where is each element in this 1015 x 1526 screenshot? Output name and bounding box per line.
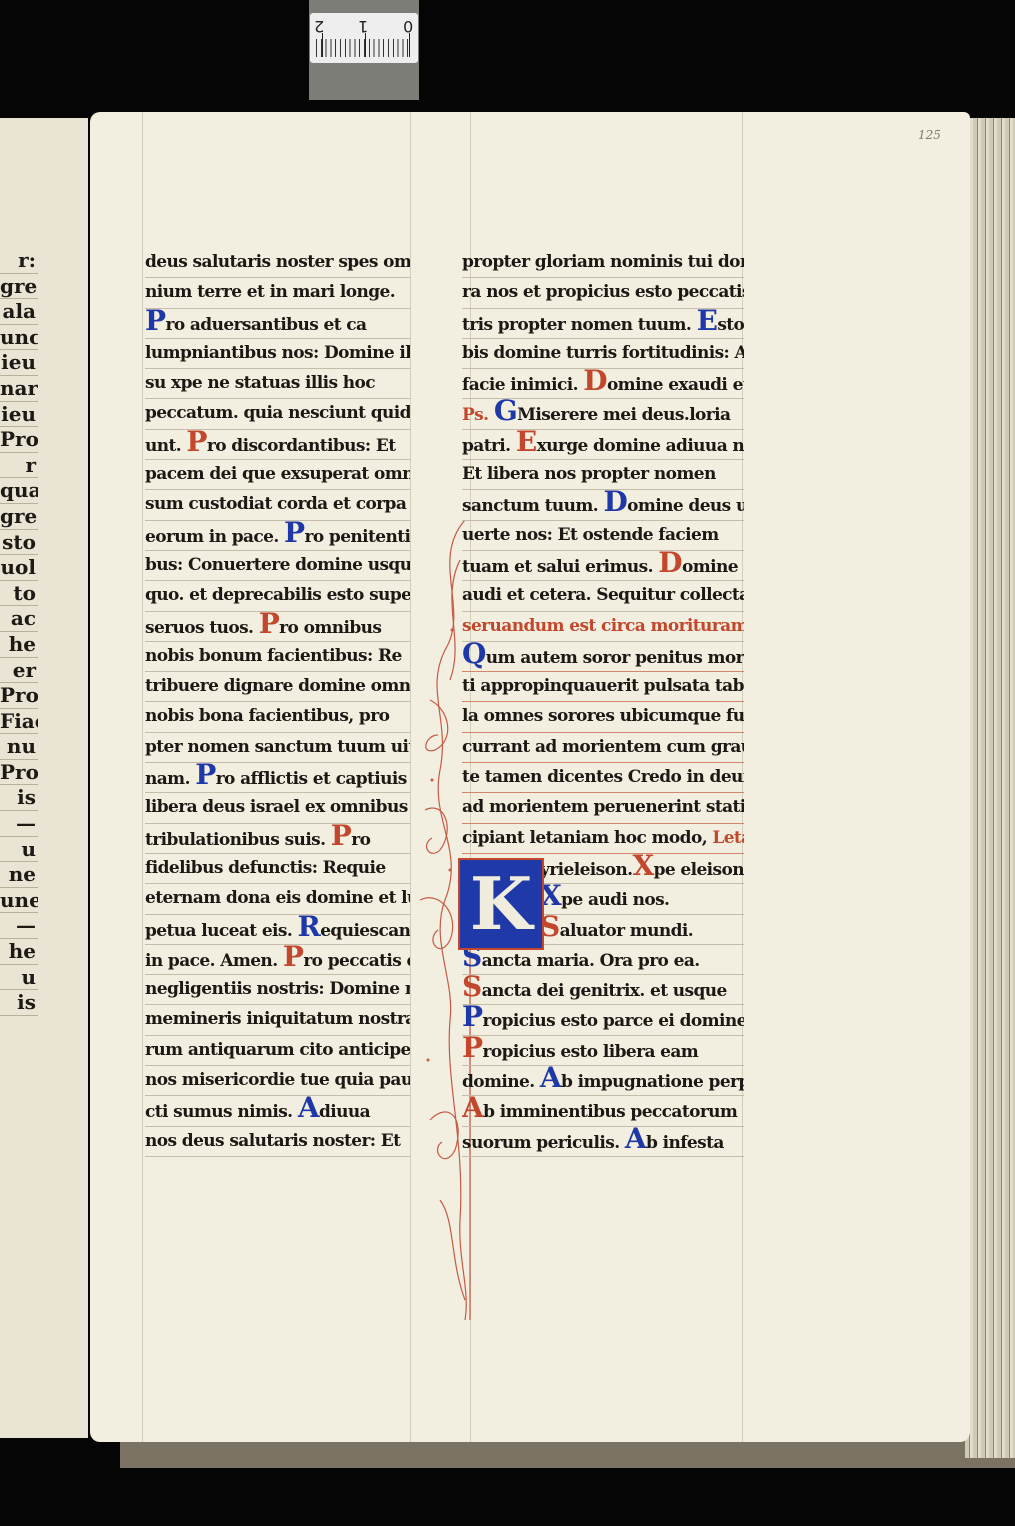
line-text: ro aduersantibus et ca	[165, 315, 366, 335]
text-line: nobis bona facientibus, pro	[145, 702, 410, 732]
line-prefix: tribulationibus suis.	[145, 830, 325, 850]
text-line: nam. Pro afflictis et captiuis	[145, 763, 410, 793]
line-text: b infesta	[646, 1133, 724, 1153]
left-page-fragment-line: qua	[0, 478, 38, 504]
text-line: Pro aduersantibus et ca	[145, 309, 410, 339]
line-text: fidelibus defunctis: Requie	[145, 858, 386, 878]
line-text: Et libera nos propter nomen	[462, 464, 716, 484]
decorated-initial: P	[259, 612, 279, 640]
line-text: bus: Conuertere domine usque	[145, 555, 410, 575]
left-page-fragment-line: uol	[0, 555, 38, 581]
text-line: tris propter nomen tuum. Esto no	[462, 309, 744, 339]
text-line: ti appropinquauerit pulsata tabu	[462, 672, 744, 702]
text-line: Propicius esto parce ei domine	[462, 1005, 744, 1035]
text-line: patri. Exurge domine adiuua nos:	[462, 430, 744, 460]
line-text: bis domine turris fortitudinis: A	[462, 343, 744, 363]
text-line: Propicius esto libera eam	[462, 1036, 744, 1066]
text-line: facie inimici. Domine exaudi et	[462, 369, 744, 399]
line-text: pacem dei que exsuperat omnem sen	[145, 464, 410, 484]
scale-ticks	[316, 39, 412, 57]
left-page-fragment-line: ieu	[0, 350, 38, 376]
left-page-fragment-line: u	[0, 965, 38, 991]
text-line: seruandum est circa morituram	[462, 612, 744, 642]
text-line: pacem dei que exsuperat omnem sen	[145, 460, 410, 490]
left-page-fragment-line: gre	[0, 274, 38, 300]
text-line: ad morientem peruenerint statim in	[462, 793, 744, 823]
left-page-fragment-line: ieu	[0, 402, 38, 428]
line-text: la omnes sorores ubicumque fuerint ac	[462, 706, 744, 726]
line-text: ti appropinquauerit pulsata tabu	[462, 676, 744, 696]
text-line: memineris iniquitatum nostra	[145, 1005, 410, 1035]
line-prefix: nam.	[145, 769, 190, 789]
left-page-fragment-line: une	[0, 888, 38, 914]
decorated-initial: E	[516, 430, 537, 458]
line-text: audi et cetera. Sequitur collecta.	[462, 585, 744, 605]
text-line: propter gloriam nominis tui domine libe	[462, 248, 744, 278]
line-text: memineris iniquitatum nostra	[145, 1009, 410, 1029]
folio-number: 125	[918, 128, 941, 142]
line-text: sto no	[717, 315, 744, 335]
line-text: nos misericordie tue quia pauperes fa	[145, 1070, 410, 1090]
text-line: eorum in pace. Pro penitenti	[145, 521, 410, 551]
left-page-fragment-line: r te	[0, 453, 38, 479]
text-line: suorum periculis. Ab infesta	[462, 1127, 744, 1157]
decorated-initial: P	[145, 309, 165, 337]
text-line: nobis bonum facientibus: Re	[145, 642, 410, 672]
left-page-fragment: r: degrealauncieunarieuPror tequagrestou…	[0, 118, 88, 1438]
line-text: ra nos et propicius esto peccatis nos	[462, 282, 744, 302]
text-line: te tamen dicentes Credo in deum. Et cum	[462, 763, 744, 793]
line-prefix: domine.	[462, 1072, 535, 1092]
text-line: deus salutaris noster spes omnium fi	[145, 248, 410, 278]
line-prefix: eorum in pace.	[145, 527, 279, 547]
decorated-initial: Q	[462, 642, 486, 670]
line-text: nium terre et in mari longe.	[145, 282, 395, 302]
line-text: nos deus salutaris noster: Et	[145, 1131, 400, 1151]
scale-bar-ruler: 2 1 0	[310, 13, 418, 63]
line-text: pter nomen sanctum tuum uitam eter	[145, 737, 410, 757]
line-text: negligentiis nostris: Domine ne	[145, 979, 410, 999]
text-line: unt. Pro discordantibus: Et	[145, 430, 410, 460]
decorated-initial: A	[540, 1066, 561, 1094]
line-text: ro afflictis et captiuis	[216, 769, 407, 789]
line-text: propter gloriam nominis tui domine libe	[462, 252, 744, 272]
left-page-fragment-line: Pro	[0, 683, 38, 709]
text-line: tuam et salui erimus. Domine ex	[462, 551, 744, 581]
text-line: Et libera nos propter nomen	[462, 460, 744, 490]
left-page-fragment-line: Fiac	[0, 709, 38, 735]
line-text: ancta maria. Ora pro ea.	[482, 951, 700, 971]
text-line: libera deus israel ex omnibus	[145, 793, 410, 823]
left-page-fragment-line: —	[0, 913, 38, 939]
line-text: lumpniantibus nos: Domine ihe	[145, 343, 410, 363]
line-prefix: sanctum tuum.	[462, 496, 598, 516]
left-page-fragment-line: gre	[0, 504, 38, 530]
decorated-initial: G	[494, 399, 517, 427]
left-page-fragment-line: is	[0, 785, 38, 811]
decorated-initial: D	[658, 551, 682, 579]
decorated-initial: A	[462, 1096, 483, 1124]
left-page-fragment-line: unc	[0, 325, 38, 351]
line-text: su xpe ne statuas illis hoc	[145, 373, 375, 393]
decorated-initial: P	[283, 945, 303, 973]
scale-major-tick	[365, 33, 366, 57]
text-line: Ps. GMiserere mei deus.loria	[462, 399, 744, 429]
left-page-fragment-line: sto	[0, 530, 38, 556]
text-line: petua luceat eis. Requiescant	[145, 915, 410, 945]
line-text: uerte nos: Et ostende faciem	[462, 525, 719, 545]
text-line: lumpniantibus nos: Domine ihe	[145, 339, 410, 369]
line-text: pe eleison.	[654, 860, 744, 880]
text-line: audi et cetera. Sequitur collecta. Ob	[462, 581, 744, 611]
line-text: seruandum est circa morituram	[462, 616, 744, 636]
text-line: nos deus salutaris noster: Et	[145, 1127, 410, 1157]
line-text: omine deus uirtutum con	[627, 496, 744, 516]
decorated-initial: A	[298, 1096, 319, 1124]
left-page-fragment-line: ala	[0, 299, 38, 325]
text-line: tribuere dignare domine omnibus	[145, 672, 410, 702]
decorated-initial: P	[284, 521, 304, 549]
line-prefix: cti sumus nimis.	[145, 1102, 293, 1122]
line-text: ancta dei genitrix. et usque	[482, 981, 727, 1001]
page-edges-stack	[965, 118, 1015, 1458]
scale-major-tick	[322, 33, 323, 57]
text-line: Qum autem soror penitus mor	[462, 642, 744, 672]
text-line: uerte nos: Et ostende faciem	[462, 521, 744, 551]
line-text: aluator mundi.	[560, 921, 694, 941]
line-text: b impugnatione perpetua.	[561, 1072, 744, 1092]
line-prefix: seruos tuos.	[145, 618, 253, 638]
text-line: sanctum tuum. Domine deus uirtutum con	[462, 490, 744, 520]
left-page-fragment-line: is	[0, 990, 38, 1016]
text-line: fidelibus defunctis: Requie	[145, 854, 410, 884]
line-prefix: facie inimici.	[462, 375, 578, 395]
line-text: ro peccatis et	[303, 951, 410, 971]
left-page-fragment-line: ne	[0, 862, 38, 888]
left-page-fragment-line: ac	[0, 606, 38, 632]
decorated-initial: P	[331, 824, 351, 852]
book-lower-edge	[120, 1438, 1015, 1468]
text-line: domine. Ab impugnatione perpetua.	[462, 1066, 744, 1096]
decorated-initial: S	[462, 975, 482, 1003]
line-text: te tamen dicentes Credo in deum. Et cum	[462, 767, 744, 787]
line-text: yrieleison.	[540, 860, 632, 880]
line-text: ro omnibus	[279, 618, 381, 638]
decorated-initial: X	[632, 854, 653, 882]
rubric-text: Letanie	[712, 828, 744, 848]
line-text: diuua	[319, 1102, 370, 1122]
text-line: in pace. Amen. Pro peccatis et	[145, 945, 410, 975]
left-page-fragment-line: Pro	[0, 427, 38, 453]
left-text-column: deus salutaris noster spes omnium finium…	[145, 248, 410, 1157]
line-prefix: unt.	[145, 436, 181, 456]
text-line: nos misericordie tue quia pauperes fa	[145, 1066, 410, 1096]
left-page-fragment-line: he	[0, 939, 38, 965]
line-text: um autem soror penitus mor	[486, 648, 744, 668]
text-line: seruos tuos. Pro omnibus	[145, 612, 410, 642]
scale-major-tick	[409, 33, 410, 57]
text-line: cipiant letaniam hoc modo, Letanie	[462, 824, 744, 854]
decorated-initial: P	[195, 763, 215, 791]
line-prefix: tuam et salui erimus.	[462, 557, 653, 577]
decorated-initial: P	[186, 430, 206, 458]
line-text: b imminentibus peccatorum	[483, 1102, 737, 1122]
left-page-text-fragments: r: degrealauncieunarieuPror tequagrestou…	[0, 248, 38, 1016]
line-text: Miserere mei deus.	[517, 405, 689, 425]
text-line: bis domine turris fortitudinis: A	[462, 339, 744, 369]
text-line: ra nos et propicius esto peccatis nos	[462, 278, 744, 308]
left-page-fragment-line: r: de	[0, 248, 38, 274]
line-text: ro discordantibus: Et	[207, 436, 396, 456]
text-line: Ab imminentibus peccatorum	[462, 1096, 744, 1126]
text-line: su xpe ne statuas illis hoc	[145, 369, 410, 399]
right-text-column: propter gloriam nominis tui domine liber…	[462, 248, 744, 1157]
illuminated-initial-k: K	[458, 858, 544, 950]
decorated-initial: P	[462, 1036, 482, 1064]
left-page-fragment-line: nar	[0, 376, 38, 402]
line-prefix: in pace. Amen.	[145, 951, 278, 971]
line-text: omine exaudi et	[607, 375, 744, 395]
line-text: ropicius esto parce ei domine	[482, 1011, 744, 1031]
line-prefix: tris propter nomen tuum.	[462, 315, 691, 335]
decorated-initial: R	[298, 915, 321, 943]
text-line: cti sumus nimis. Adiuua	[145, 1096, 410, 1126]
line-text: sum custodiat corda et corpa	[145, 494, 406, 514]
text-line: negligentiis nostris: Domine ne	[145, 975, 410, 1005]
text-line: peccatum. quia nesciunt quid faci	[145, 399, 410, 429]
left-page-fragment-line: Pro	[0, 760, 38, 786]
line-text: deus salutaris noster spes omnium fi	[145, 252, 410, 272]
line-text: cipiant letaniam hoc modo,	[462, 828, 707, 848]
line-suffix: loria	[689, 405, 730, 425]
decorated-initial: A	[625, 1127, 646, 1155]
line-text: ro penitenti	[305, 527, 411, 547]
scale-label-1: 1	[358, 17, 368, 36]
decorated-initial: P	[462, 1005, 482, 1033]
line-text: pe audi nos.	[561, 890, 669, 910]
line-text: eternam dona eis domine et lux per	[145, 888, 410, 908]
text-line: pter nomen sanctum tuum uitam eter	[145, 733, 410, 763]
text-line: bus: Conuertere domine usque	[145, 551, 410, 581]
text-line: currant ad morientem cum grauita	[462, 733, 744, 763]
line-text: tribuere dignare domine omnibus	[145, 676, 410, 696]
text-line: quo. et deprecabilis esto super	[145, 581, 410, 611]
line-text: ro	[351, 830, 370, 850]
line-text: xurge domine adiuua nos:	[537, 436, 744, 456]
line-prefix: petua luceat eis.	[145, 921, 292, 941]
left-page-fragment-line: er	[0, 658, 38, 684]
text-line: Sancta dei genitrix. et usque	[462, 975, 744, 1005]
line-text: peccatum. quia nesciunt quid faci	[145, 403, 410, 423]
text-line: eternam dona eis domine et lux per	[145, 884, 410, 914]
line-prefix: Ps.	[462, 405, 488, 425]
line-text: ropicius esto libera eam	[482, 1042, 698, 1062]
line-prefix: patri.	[462, 436, 511, 456]
left-page-fragment-line: u	[0, 837, 38, 863]
left-page-fragment-line: nu	[0, 734, 38, 760]
line-text: equiescant	[320, 921, 410, 941]
line-text: libera deus israel ex omnibus	[145, 797, 408, 817]
text-line: tribulationibus suis. Pro	[145, 824, 410, 854]
text-line: nium terre et in mari longe.	[145, 278, 410, 308]
line-text: rum antiquarum cito anticipent	[145, 1040, 410, 1060]
line-text: nobis bonum facientibus: Re	[145, 646, 402, 666]
line-text: nobis bona facientibus, pro	[145, 706, 389, 726]
ruling-line	[142, 112, 143, 1442]
text-line: rum antiquarum cito anticipent	[145, 1036, 410, 1066]
left-page-fragment-line: to	[0, 581, 38, 607]
text-line: la omnes sorores ubicumque fuerint ac	[462, 702, 744, 732]
line-text: quo. et deprecabilis esto super	[145, 585, 410, 605]
line-prefix: suorum periculis.	[462, 1133, 620, 1153]
text-line: sum custodiat corda et corpa	[145, 490, 410, 520]
left-page-fragment-line: —	[0, 811, 38, 837]
decorated-initial: E	[697, 309, 718, 337]
decorated-initial: D	[603, 490, 627, 518]
decorated-initial: D	[583, 369, 607, 397]
line-text: currant ad morientem cum grauita	[462, 737, 744, 757]
line-text: ad morientem peruenerint statim in	[462, 797, 744, 817]
line-text: omine ex	[682, 557, 744, 577]
left-page-fragment-line: he	[0, 632, 38, 658]
